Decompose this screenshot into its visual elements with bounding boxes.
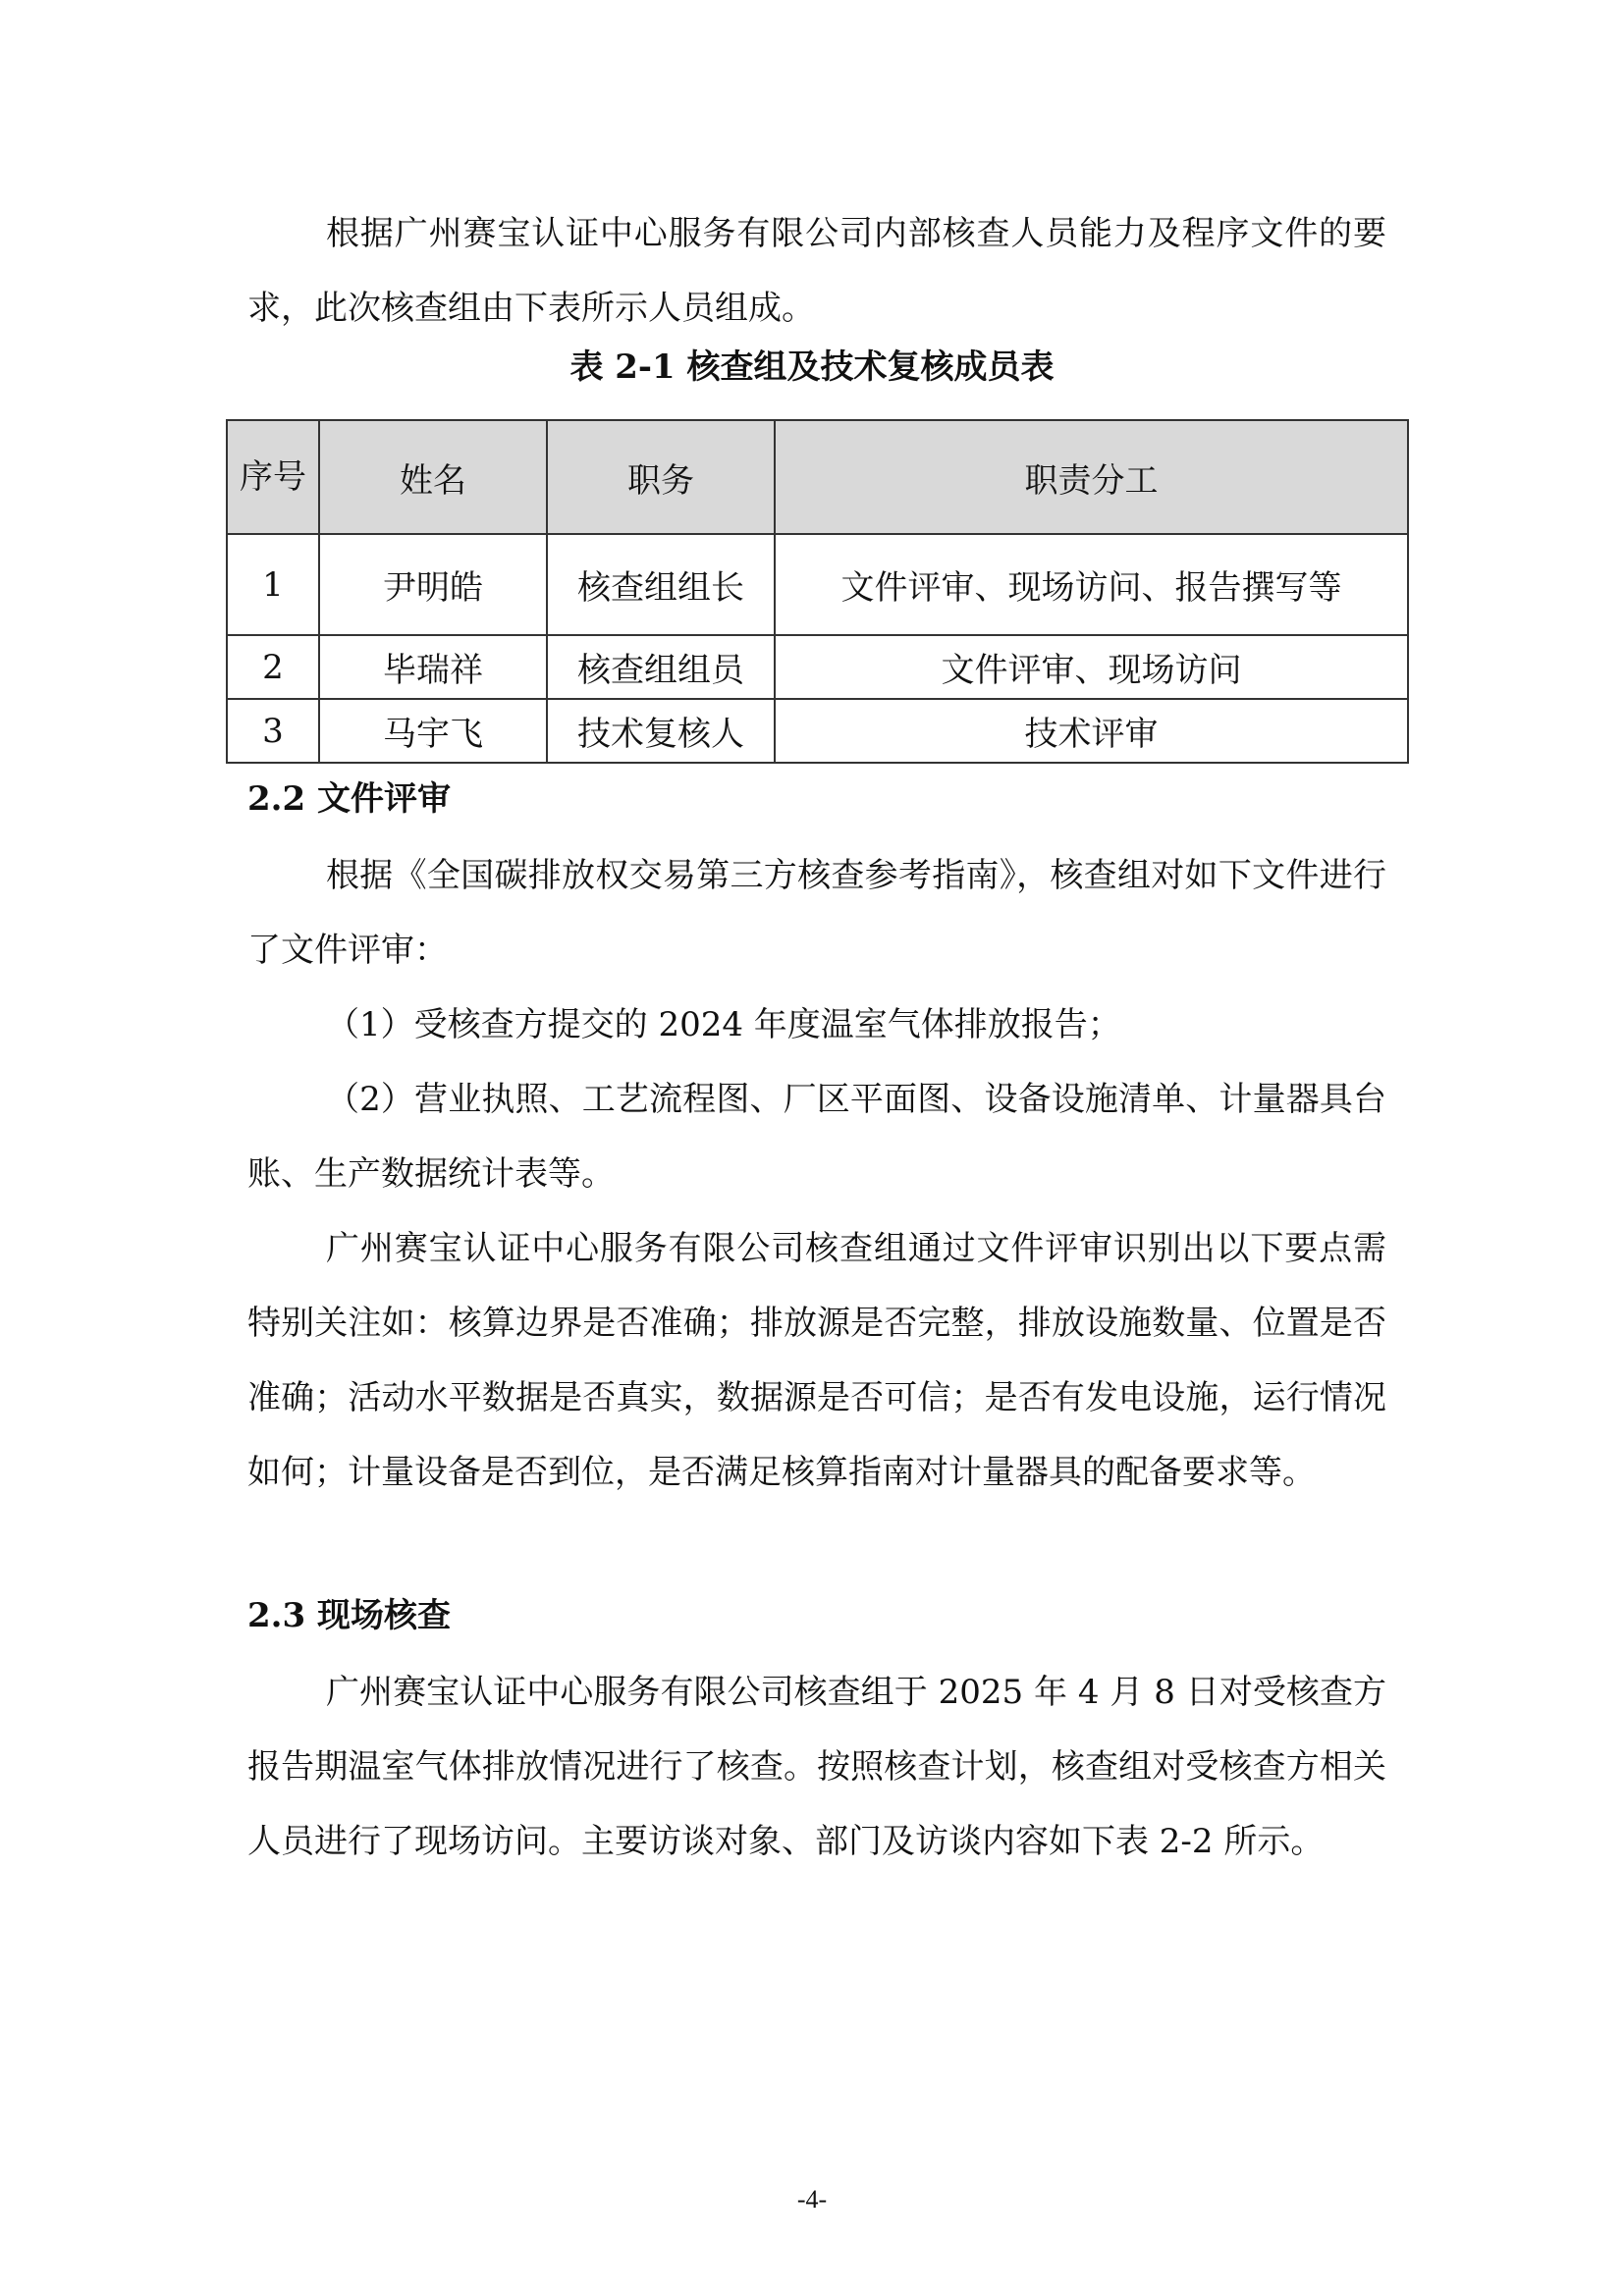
section-2-2-paragraph-2: 广州赛宝认证中心服务有限公司核查组通过文件评审识别出以下要点需特别关注如：核算边… xyxy=(247,1211,1386,1510)
review-list-item-2: （2）营业执照、工艺流程图、厂区平面图、设备设施清单、计量器具台账、生产数据统计… xyxy=(247,1062,1386,1211)
cell-seq: 2 xyxy=(227,635,319,699)
cell-seq: 1 xyxy=(227,534,319,635)
document-page: 根据广州赛宝认证中心服务有限公司内部核查人员能力及程序文件的要求，此次核查组由下… xyxy=(0,0,1624,2296)
section-2-3-paragraph: 广州赛宝认证中心服务有限公司核查组于 2025 年 4 月 8 日对受核查方报告… xyxy=(247,1655,1386,1879)
header-duty: 职责分工 xyxy=(775,420,1408,534)
review-list-item-1: （1）受核查方提交的 2024 年度温室气体排放报告； xyxy=(247,988,1386,1062)
members-table: 序号 姓名 职务 职责分工 1 尹明皓 核查组组长 文件评审、现场访问、报告撰写… xyxy=(226,419,1409,764)
cell-name: 尹明皓 xyxy=(319,534,547,635)
cell-role: 核查组组长 xyxy=(547,534,775,635)
page-number: -4- xyxy=(0,2185,1624,2215)
table-caption: 表 2-1 核查组及技术复核成员表 xyxy=(0,346,1624,389)
section-2-2-paragraph-1: 根据《全国碳排放权交易第三方核查参考指南》，核查组对如下文件进行了文件评审： xyxy=(247,838,1386,988)
cell-duty: 文件评审、现场访问 xyxy=(775,635,1408,699)
cell-name: 毕瑞祥 xyxy=(319,635,547,699)
header-role: 职务 xyxy=(547,420,775,534)
section-2-2-heading: 2.2 文件评审 xyxy=(247,777,451,821)
table-row: 2 毕瑞祥 核查组组员 文件评审、现场访问 xyxy=(227,635,1408,699)
cell-seq: 3 xyxy=(227,699,319,763)
cell-name: 马宇飞 xyxy=(319,699,547,763)
table-row: 1 尹明皓 核查组组长 文件评审、现场访问、报告撰写等 xyxy=(227,534,1408,635)
intro-paragraph: 根据广州赛宝认证中心服务有限公司内部核查人员能力及程序文件的要求，此次核查组由下… xyxy=(247,196,1386,346)
section-2-3-heading: 2.3 现场核查 xyxy=(247,1594,451,1637)
header-seq: 序号 xyxy=(227,420,319,534)
table-header-row: 序号 姓名 职务 职责分工 xyxy=(227,420,1408,534)
cell-duty: 技术评审 xyxy=(775,699,1408,763)
cell-duty: 文件评审、现场访问、报告撰写等 xyxy=(775,534,1408,635)
table-row: 3 马宇飞 技术复核人 技术评审 xyxy=(227,699,1408,763)
cell-role: 核查组组员 xyxy=(547,635,775,699)
cell-role: 技术复核人 xyxy=(547,699,775,763)
header-name: 姓名 xyxy=(319,420,547,534)
